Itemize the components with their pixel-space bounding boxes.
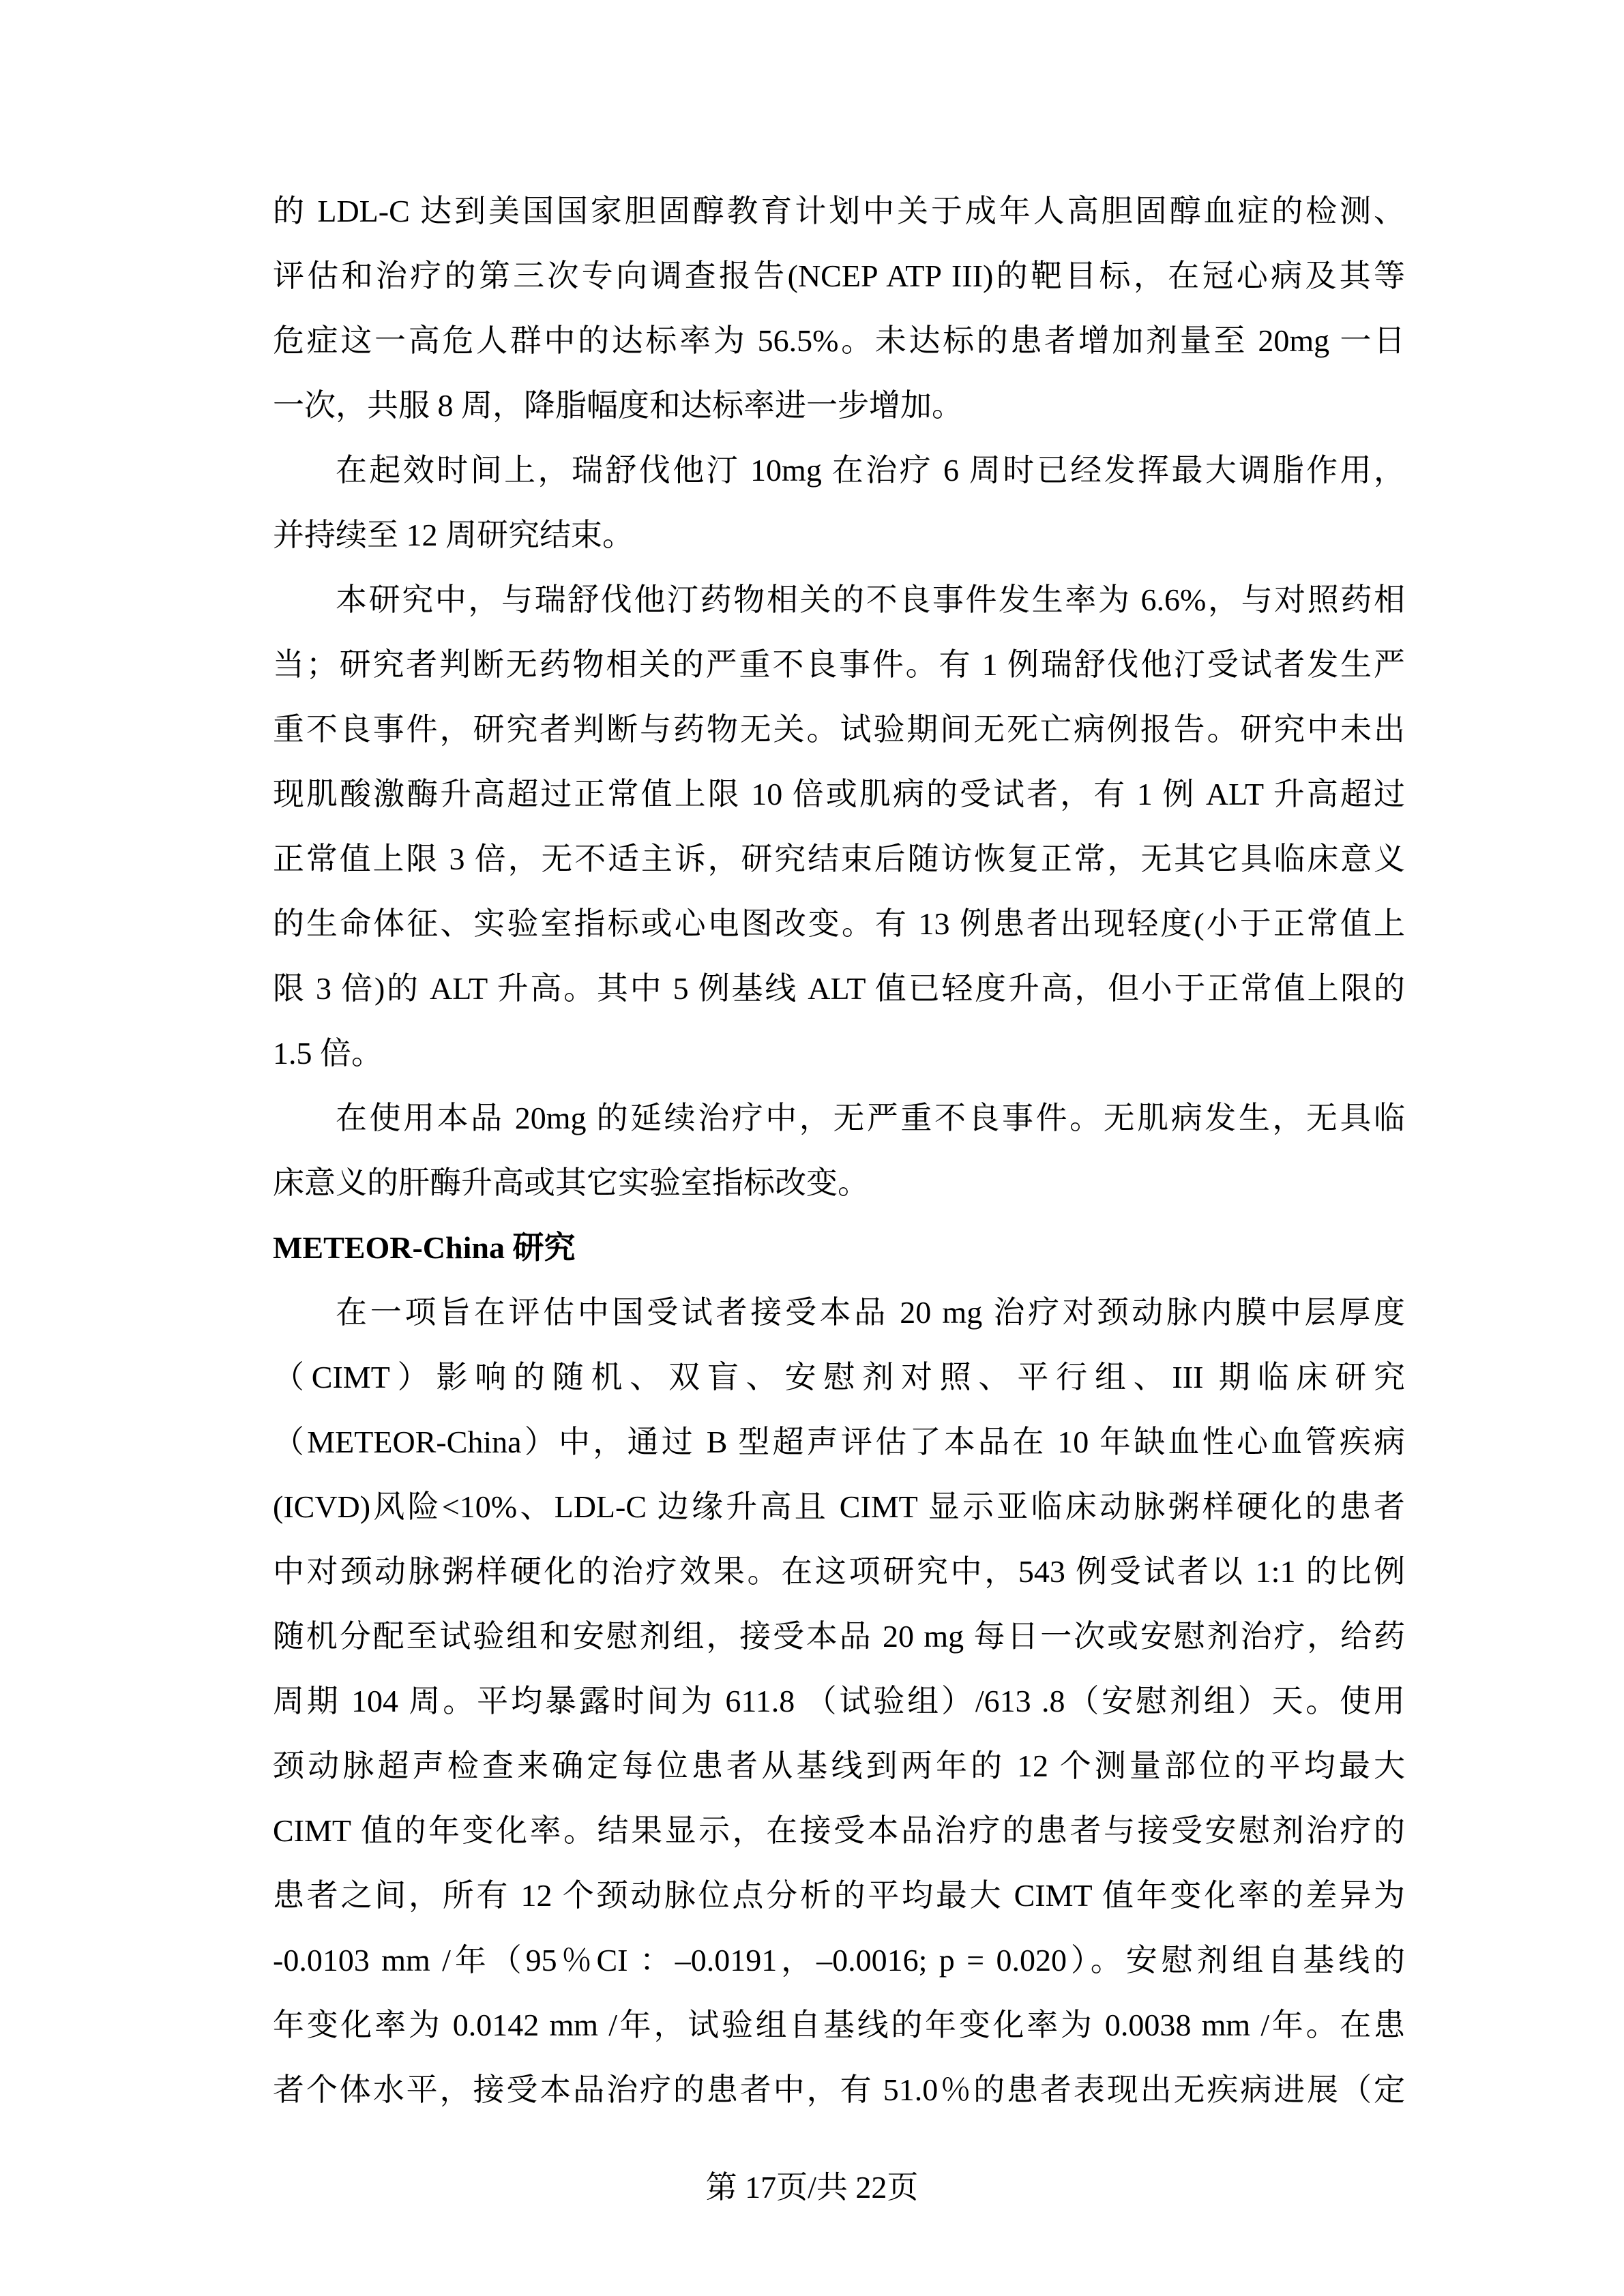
paragraph-line: 正常值上限 3 倍，无不适主诉，研究结束后随访恢复正常，无其它具临床意义 [273,826,1405,891]
paragraph-line: 当；研究者判断无药物相关的严重不良事件。有 1 例瑞舒伐他汀受试者发生严 [273,632,1405,697]
paragraph-line: 限 3 倍)的 ALT 升高。其中 5 例基线 ALT 值已轻度升高，但小于正常… [273,956,1405,1021]
page-number: 第 17页/共 22页 [0,2155,1624,2220]
page-body: 的 LDL-C 达到美国国家胆固醇教育计划中关于成年人高胆固醇血症的检测、 评估… [273,179,1405,2122]
paragraph-line: 颈动脉超声检查来确定每位患者从基线到两年的 12 个测量部位的平均最大 [273,1733,1405,1798]
paragraph-line: 患者之间，所有 12 个颈动脉位点分析的平均最大 CIMT 值年变化率的差异为 [273,1863,1405,1928]
paragraph-line: 中对颈动脉粥样硬化的治疗效果。在这项研究中，543 例受试者以 1:1 的比例 [273,1539,1405,1604]
paragraph-line: 评估和治疗的第三次专向调查报告(NCEP ATP III)的靶目标，在冠心病及其… [273,243,1405,308]
paragraph-line: 重不良事件，研究者判断与药物无关。试验期间无死亡病例报告。研究中未出 [273,697,1405,762]
paragraph-line: 周期 104 周。平均暴露时间为 611.8 （试验组）/613 .8（安慰剂组… [273,1669,1405,1733]
section-heading-meteor-china: METEOR-China 研究 [273,1215,1405,1280]
document-page: 的 LDL-C 达到美国国家胆固醇教育计划中关于成年人高胆固醇血症的检测、 评估… [0,0,1624,2296]
paragraph-line: 并持续至 12 周研究结束。 [273,503,1405,567]
paragraph-line: -0.0103 mm /年（95％CI ：–0.0191，–0.0016; p … [273,1928,1405,1993]
paragraph-line: 危症这一高危人群中的达标率为 56.5%。未达标的患者增加剂量至 20mg 一日 [273,308,1405,373]
paragraph-line: 1.5 倍。 [273,1021,1405,1086]
paragraph-line: （CIMT）影响的随机、双盲、安慰剂对照、平行组、III 期临床研究 [273,1345,1405,1410]
paragraph-line: 的生命体征、实验室指标或心电图改变。有 13 例患者出现轻度(小于正常值上 [273,891,1405,956]
paragraph-line: CIMT 值的年变化率。结果显示，在接受本品治疗的患者与接受安慰剂治疗的 [273,1798,1405,1863]
paragraph-line: (ICVD)风险<10%、LDL-C 边缘升高且 CIMT 显示亚临床动脉粥样硬… [273,1474,1405,1539]
paragraph-line: 者个体水平，接受本品治疗的患者中，有 51.0％的患者表现出无疾病进展（定 [273,2057,1405,2122]
paragraph-line: 本研究中，与瑞舒伐他汀药物相关的不良事件发生率为 6.6%，与对照药相 [273,567,1405,632]
paragraph-line: 在起效时间上，瑞舒伐他汀 10mg 在治疗 6 周时已经发挥最大调脂作用， [273,438,1405,503]
paragraph-line: （METEOR-China）中，通过 B 型超声评估了本品在 10 年缺血性心血… [273,1410,1405,1474]
paragraph-line: 随机分配至试验组和安慰剂组，接受本品 20 mg 每日一次或安慰剂治疗，给药 [273,1604,1405,1669]
paragraph-line: 一次，共服 8 周，降脂幅度和达标率进一步增加。 [273,373,1405,438]
paragraph-line: 床意义的肝酶升高或其它实验室指标改变。 [273,1150,1405,1215]
paragraph-line: 的 LDL-C 达到美国国家胆固醇教育计划中关于成年人高胆固醇血症的检测、 [273,179,1405,243]
paragraph-line: 现肌酸激酶升高超过正常值上限 10 倍或肌病的受试者，有 1 例 ALT 升高超… [273,762,1405,826]
paragraph-line: 年变化率为 0.0142 mm /年，试验组自基线的年变化率为 0.0038 m… [273,1993,1405,2057]
paragraph-line: 在一项旨在评估中国受试者接受本品 20 mg 治疗对颈动脉内膜中层厚度 [273,1280,1405,1345]
paragraph-line: 在使用本品 20mg 的延续治疗中，无严重不良事件。无肌病发生，无具临 [273,1086,1405,1150]
